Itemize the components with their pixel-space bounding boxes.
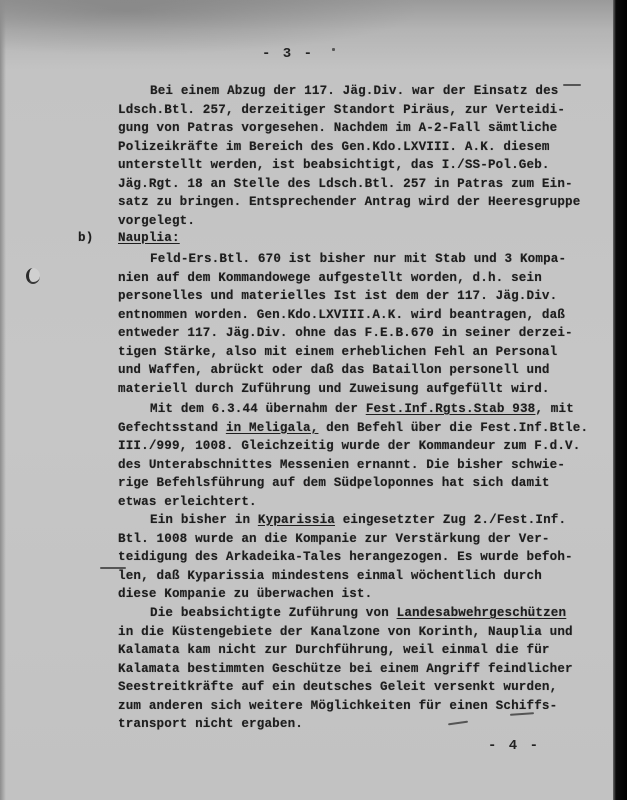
text-line: personelles und materielles Ist ist dem … [118,289,557,303]
text-line: satz zu bringen. Entsprechender Antrag w… [118,195,580,209]
text-line: etwas erleichtert. [118,495,257,509]
page-number-top: - 3 - [262,46,314,62]
text-line: vorgelegt. [118,214,195,228]
underlined-location: Kyparissia [258,513,335,527]
text-line: entweder 117. Jäg.Div. ohne das F.E.B.67… [118,326,573,340]
page-number-bottom: - 4 - [488,738,540,754]
pencil-mark [448,721,468,725]
text-line: Gefechtsstand in Meligala, den Befehl üb… [118,421,588,435]
text-line: Feld-Ers.Btl. 670 ist bisher nur mit Sta… [150,252,566,266]
text-line: Polizeikräfte im Bereich des Gen.Kdo.LXV… [118,140,550,154]
text-line: len, daß Kyparissia mindestens einmal wö… [118,569,542,583]
text-line: Mit dem 6.3.44 übernahm der Fest.Inf.Rgt… [150,402,574,416]
text-line: Btl. 1008 wurde an die Kompanie zur Vers… [118,532,550,546]
text-span: den Befehl über die Fest.Inf.Btle. [318,421,588,435]
text-span: Gefechtsstand [118,421,226,435]
text-span: Mit dem 6.3.44 übernahm der [150,402,366,416]
text-line: Ldsch.Btl. 257, derzeitiger Standort Pir… [118,103,565,117]
text-line: rige Befehlsführung auf dem Südpeloponne… [118,476,550,490]
text-line: Ein bisher in Kyparissia eingesetzter Zu… [150,513,566,527]
underlined-location: in Meligala, [226,421,319,435]
text-span: eingesetzter Zug 2./Fest.Inf. [335,513,566,527]
margin-mark [100,567,126,569]
text-line: zum anderen sich weitere Möglichkeiten f… [118,699,557,713]
section-b-label: b) [78,231,93,245]
scan-speck [332,48,335,51]
text-span: Die beabsichtigte Zuführung von [150,606,397,620]
underlined-term: Landesabwehrgeschützen [397,606,567,620]
text-line: Bei einem Abzug der 117. Jäg.Div. war de… [150,84,559,98]
text-line: transport nicht ergaben. [118,717,303,731]
text-line: tigen Stärke, also mit einem erheblichen… [118,345,557,359]
text-line: entnommen worden. Gen.Kdo.LXVIII.A.K. wi… [118,308,565,322]
text-line: gung von Patras vorgesehen. Nachdem im A… [118,121,557,135]
underlined-unit-name: Fest.Inf.Rgts.Stab 938 [366,402,536,416]
text-line: Die beabsichtigte Zuführung von Landesab… [150,606,566,620]
text-line: Kalamata kam nicht zur Durchführung, wei… [118,643,550,657]
text-line: diese Kompanie zu überwachen ist. [118,587,372,601]
text-line: Jäg.Rgt. 18 an Stelle des Ldsch.Btl. 257… [118,177,573,191]
text-line: III./999, 1008. Gleichzeitig wurde der K… [118,439,580,453]
text-line: in die Küstengebiete der Kanalzone von K… [118,625,573,639]
scan-edge-shadow [613,0,627,800]
text-line: teidigung des Arkadeika-Tales herangezog… [118,550,573,564]
scan-speck [563,84,581,86]
text-line: unterstellt werden, ist beabsichtigt, da… [118,158,550,172]
text-line: des Unterabschnittes Messenien ernannt. … [118,458,565,472]
text-span: Ein bisher in [150,513,258,527]
text-line: Kalamata bestimmten Geschütze bei einem … [118,662,573,676]
text-span: , mit [535,402,574,416]
punch-hole-mark [26,268,40,284]
text-line: und Waffen, abrückt oder daß das Bataill… [118,363,550,377]
text-line: nien auf dem Kommandowege aufgestellt wo… [118,271,542,285]
text-line: Seestreitkräfte auf ein deutsches Geleit… [118,680,557,694]
text-line: materiell durch Zuführung und Zuweisung … [118,382,550,396]
pencil-mark [510,712,534,715]
document-page: - 3 - Bei einem Abzug der 117. Jäg.Div. … [0,0,614,800]
section-heading-nauplia: Nauplia: [118,231,180,245]
